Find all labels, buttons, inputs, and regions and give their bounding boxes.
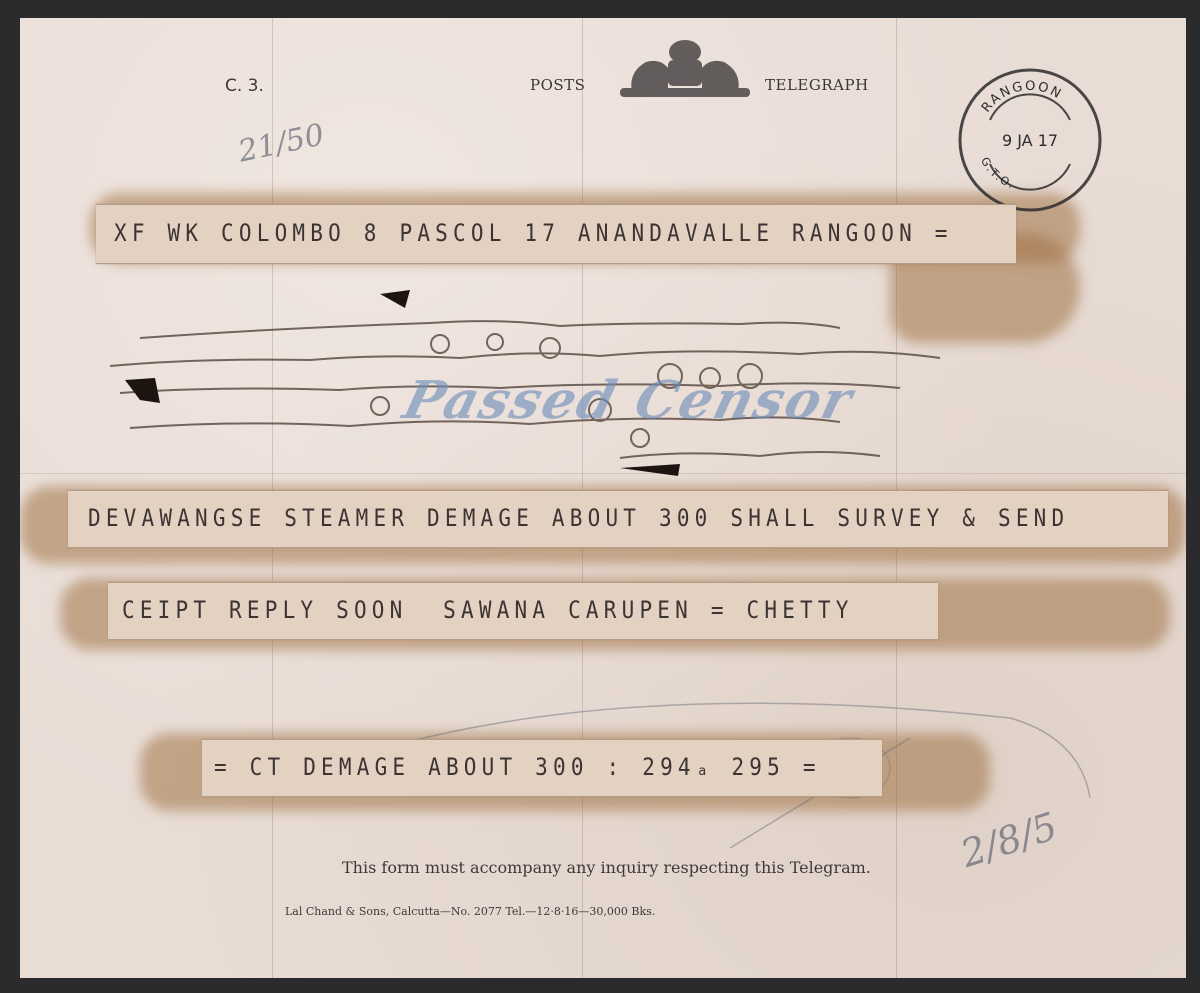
tape-line-2: DEVAWANGSE STEAMER DEMAGE ABOUT 300 SHAL… bbox=[88, 504, 1069, 532]
svg-text:G.T.O.: G.T.O. bbox=[978, 155, 1017, 192]
postmark-stamp: RANGOON 9 JA 17 G.T.O. bbox=[950, 60, 1110, 220]
header-telegraph: TELEGRAPH bbox=[765, 76, 869, 94]
printer-imprint: Lal Chand & Sons, Calcutta—No. 2077 Tel.… bbox=[285, 905, 655, 918]
passed-censor-stamp: Passed Censor bbox=[397, 370, 859, 431]
footer-note: This form must accompany any inquiry res… bbox=[342, 858, 871, 877]
tape-strip: CEIPT REPLY SOON SAWANA CARUPEN = CHETTY bbox=[108, 582, 938, 640]
postmark-bottom-text: G.T.O. bbox=[978, 155, 1017, 192]
tape-line-3: CEIPT REPLY SOON SAWANA CARUPEN = CHETTY bbox=[122, 596, 854, 624]
royal-coat-of-arms-icon bbox=[610, 36, 760, 100]
tape-strip: = CT DEMAGE ABOUT 300 : 294ₐ 295 = bbox=[202, 739, 882, 797]
svg-text:RANGOON: RANGOON bbox=[979, 79, 1065, 116]
form-code: C. 3. bbox=[225, 76, 264, 96]
tape-strip: DEVAWANGSE STEAMER DEMAGE ABOUT 300 SHAL… bbox=[68, 490, 1168, 548]
tape-line-4: = CT DEMAGE ABOUT 300 : 294ₐ 295 = bbox=[214, 753, 821, 781]
header-posts: POSTS bbox=[530, 76, 585, 94]
pencil-note: 21/50 bbox=[235, 117, 327, 169]
tape-line-1: XF WK COLOMBO 8 PASCOL 17 ANANDAVALLE RA… bbox=[114, 219, 953, 247]
telegram-form: C. 3. POSTS TELEGRAPH RANGOON 9 JA 17 G.… bbox=[20, 18, 1186, 978]
postmark-date: 9 JA 17 bbox=[1002, 131, 1058, 150]
tape-strip: XF WK COLOMBO 8 PASCOL 17 ANANDAVALLE RA… bbox=[96, 204, 1016, 264]
postmark-top-text: RANGOON bbox=[979, 79, 1065, 116]
